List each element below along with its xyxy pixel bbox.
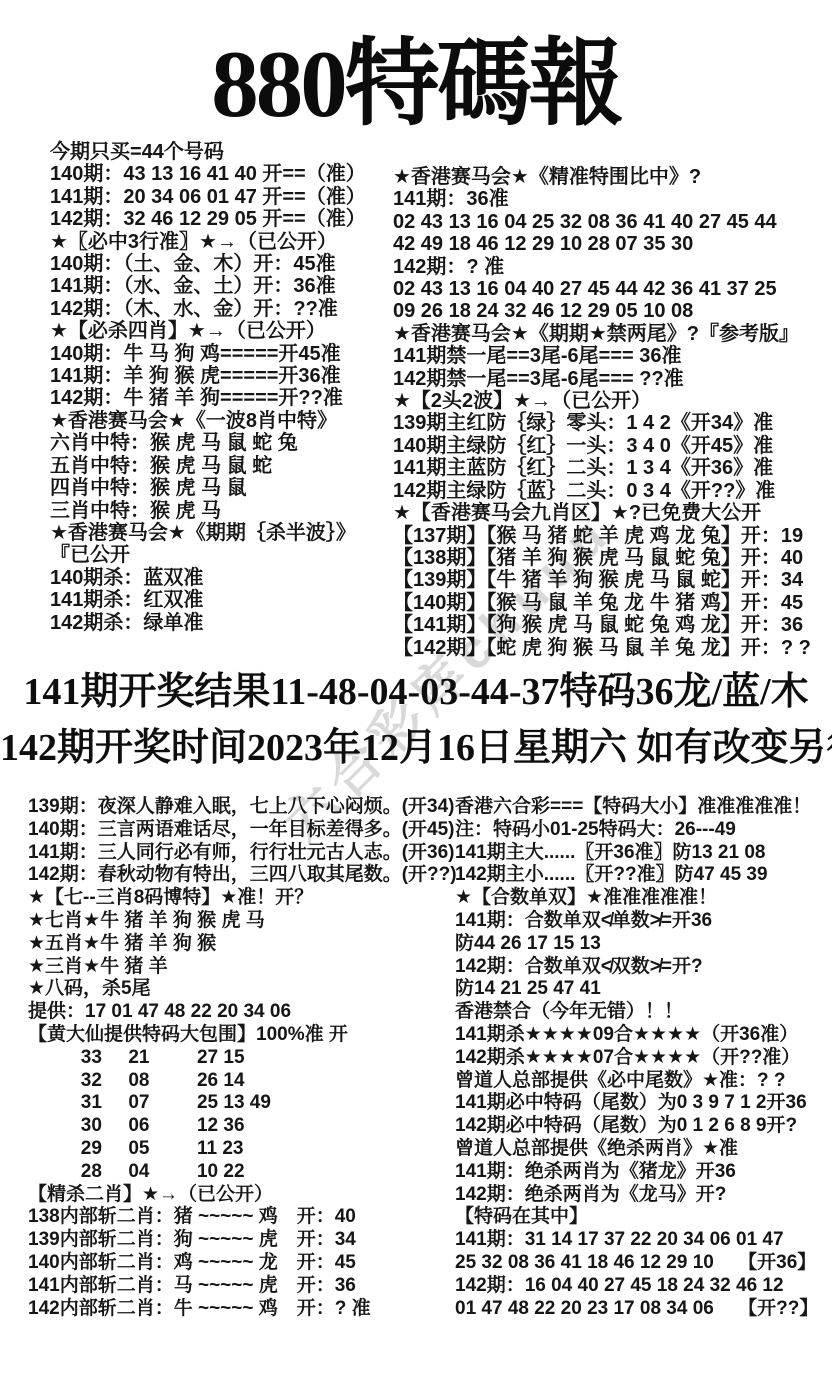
text-line: 142期：（木、水、金）开：??准 (50, 298, 395, 320)
text-line: ★【必杀四肖】★→（已公开） (50, 320, 395, 342)
text-line: 防44 26 17 15 13 (455, 933, 832, 956)
text-line: 141期：31 14 17 37 22 20 34 06 01 47 (455, 1229, 832, 1252)
text-line: ★【2头2波】★→（已公开） (393, 390, 832, 412)
text-line: ★五肖★牛 猪 羊 狗 猴 (28, 933, 455, 956)
text-line: 01 47 48 22 20 23 17 08 34 06 【开??】 (455, 1298, 832, 1321)
text-line: 141期：绝杀两肖为《猪龙》开36 (455, 1161, 832, 1184)
text-line: 『已公开 (50, 544, 395, 566)
text-line: 141期：三人同行必有师，行行壮元古人志。(开36) (28, 842, 455, 865)
text-line: 42 49 18 46 12 29 10 28 07 35 30 (393, 233, 832, 255)
text-line: 141期禁一尾==3尾-6尾=== 36准 (393, 345, 832, 367)
text-line: 142期禁一尾==3尾-6尾=== ??准 (393, 368, 832, 390)
text-line: 142期：32 46 12 29 05 开==（准） (50, 208, 395, 230)
top-right-column: ★香港赛马会★《精准特围比中》?141期：36准02 43 13 16 04 2… (393, 166, 832, 659)
text-line: 142期必中特码（尾数）为0 1 2 6 8 9开? (455, 1115, 832, 1138)
text-line: 25 32 08 36 41 18 46 12 29 10 【开36】 (455, 1252, 832, 1275)
text-line: 香港禁合（今年无错）！！ (455, 1001, 832, 1024)
text-line: 141期：20 34 06 01 47 开==（准） (50, 186, 395, 208)
text-line: 142期杀★★★★07合★★★★（开??准） (455, 1047, 832, 1070)
text-line: 142期主小......〖开??准〗防47 45 39 (455, 864, 832, 887)
text-line: ★香港赛马会★《精准特围比中》? (393, 166, 832, 188)
text-line: 140期：牛 马 狗 鸡=====开45准 (50, 343, 395, 365)
text-line: 140期：三言两语难话尽，一年目标差得多。(开45) (28, 819, 455, 842)
text-line: 142期：16 04 40 27 45 18 24 32 46 12 (455, 1275, 832, 1298)
text-line: 140期：43 13 16 41 40 开==（准） (50, 163, 395, 185)
result-banner: 141期开奖结果11-48-04-03-44-37特码36龙/蓝/木 142期开… (0, 664, 832, 776)
text-line: 142期：春秋动物有特出，三四八取其尾数。(开??) (28, 864, 455, 887)
text-line: 33 21 27 15 (28, 1047, 455, 1070)
text-line: 141期主大......〖开36准〗防13 21 08 (455, 842, 832, 865)
text-line: ★〖必中3行准〗★→（已公开） (50, 231, 395, 253)
text-line: 曾道人总部提供《绝杀两肖》★准 (455, 1138, 832, 1161)
text-line: 141期必中特码（尾数）为0 3 9 7 1 2开36 (455, 1092, 832, 1115)
text-line: ★七肖★牛 猪 羊 狗 猴 虎 马 (28, 910, 455, 933)
text-line: 142期：牛 猪 羊 狗=====开??准 (50, 387, 395, 409)
text-line: ★香港赛马会★《一波8肖中特》 (50, 410, 395, 432)
text-line: 141期：36准 (393, 188, 832, 210)
text-line: 32 08 26 14 (28, 1070, 455, 1093)
text-line: 139内部斩二肖：狗 ~~~~~ 虎 开：34 (28, 1229, 455, 1252)
text-line: 142期主绿防｛蓝｝二头：0 3 4《开??》准 (393, 480, 832, 502)
text-line: 142期：合数单双≮双数≯=开? (455, 956, 832, 979)
text-line: ★【七--三肖8码博特】★准！开？ (28, 887, 455, 910)
text-line: 142期：? 准 (393, 256, 832, 278)
text-line: ★香港赛马会★《期期｛杀半波｝》 (50, 522, 395, 544)
text-line: 【142期】【蛇 虎 狗 猴 马 鼠 羊 兔 龙】开：? ? (393, 637, 832, 659)
text-line: 四肖中特：猴 虎 马 鼠 (50, 477, 395, 499)
text-line: 141期：（水、金、土）开：36准 (50, 275, 395, 297)
page-title: 880特碼報 (0, 8, 832, 144)
text-line: 29 05 11 23 (28, 1138, 455, 1161)
text-line: 【黄大仙提供特码大包围】100%准 开 (28, 1024, 455, 1047)
text-line: 28 04 10 22 (28, 1161, 455, 1184)
text-line: 【特码在其中】 (455, 1206, 832, 1229)
text-line: 防14 21 25 47 41 (455, 978, 832, 1001)
text-line: 142内部斩二肖：牛 ~~~~~ 鸡 开：? 准 (28, 1298, 455, 1321)
text-line: ★香港赛马会★《期期★禁两尾》?『参考版』 (393, 323, 832, 345)
text-line: 今期只买=44个号码 (50, 141, 395, 163)
text-line: 【138期】【猪 羊 狗 猴 虎 马 鼠 蛇 兔】开：40 (393, 547, 832, 569)
text-line: 140内部斩二肖：鸡 ~~~~~ 龙 开：45 (28, 1252, 455, 1275)
text-line: 【139期】【牛 猪 羊 狗 猴 虎 马 鼠 蛇】开：34 (393, 569, 832, 591)
top-left-column: 今期只买=44个号码140期：43 13 16 41 40 开==（准）141期… (50, 141, 395, 634)
text-line: 141期杀★★★★09合★★★★（开36准） (455, 1024, 832, 1047)
text-line: 141期主蓝防｛红｝二头：1 3 4《开36》准 (393, 457, 832, 479)
text-line: 提供：17 01 47 48 22 20 34 06 (28, 1001, 455, 1024)
text-line: 141期：合数单双≮单数≯=开36 (455, 910, 832, 933)
text-line: 31 07 25 13 49 (28, 1092, 455, 1115)
text-line: ★【合数单双】★准准准准准！ (455, 887, 832, 910)
text-line: 三肖中特：猴 虎 马 (50, 500, 395, 522)
text-line: 142期：绝杀两肖为《龙马》开? (455, 1184, 832, 1207)
text-line: 【141期】【狗 猴 虎 马 鼠 蛇 兔 鸡 龙】开：36 (393, 614, 832, 636)
text-line: 【137期】【猴 马 猪 蛇 羊 虎 鸡 龙 兔】开：19 (393, 525, 832, 547)
text-line: 02 43 13 16 04 25 32 08 36 41 40 27 45 4… (393, 211, 832, 233)
text-line: 香港六合彩===【特码大小】准准准准准！ (455, 796, 832, 819)
text-line: 140期：（土、金、木）开：45准 (50, 253, 395, 275)
result-banner-line1: 141期开奖结果11-48-04-03-44-37特码36龙/蓝/木 (0, 664, 832, 720)
text-line: 141内部斩二肖：马 ~~~~~ 虎 开：36 (28, 1275, 455, 1298)
text-line: 139期主红防｛绿｝零头：1 4 2《开34》准 (393, 412, 832, 434)
bottom-left-column: 139期：夜深人静难入眠，七上八下心闷烦。(开34)140期：三言两语难话尽，一… (28, 796, 455, 1320)
bottom-right-column: 香港六合彩===【特码大小】准准准准准！注：特码小01-25特码大：26---4… (455, 796, 832, 1320)
text-line: 138内部斩二肖：猪 ~~~~~ 鸡 开：40 (28, 1206, 455, 1229)
text-line: 30 06 12 36 (28, 1115, 455, 1138)
text-line: 【140期】【猴 马 鼠 羊 兔 龙 牛 猪 鸡】开：45 (393, 592, 832, 614)
text-line: 140期杀：蓝双准 (50, 567, 395, 589)
text-line: ★八码，杀5尾 (28, 978, 455, 1001)
text-line: 09 26 18 24 32 46 12 29 05 10 08 (393, 300, 832, 322)
newspaper-page: 六合彩库chuuu 880特碼報 今期只买=44个号码140期：43 13 16… (0, 0, 832, 1388)
text-line: 142期杀：绿单准 (50, 612, 395, 634)
text-line: 六肖中特：猴 虎 马 鼠 蛇 兔 (50, 432, 395, 454)
text-line: 02 43 13 16 04 40 27 45 44 42 36 41 37 2… (393, 278, 832, 300)
text-line: 【精杀二肖】★→（已公开） (28, 1184, 455, 1207)
text-line: 曾道人总部提供《必中尾数》★准：? ? (455, 1070, 832, 1093)
text-line: 五肖中特：猴 虎 马 鼠 蛇 (50, 455, 395, 477)
text-line: ★三肖★牛 猪 羊 (28, 956, 455, 979)
text-line: 141期杀：红双准 (50, 589, 395, 611)
result-banner-line2: 142期开奖时间2023年12月16日星期六 如有改变另行通知! (0, 720, 832, 776)
text-line: ★【香港赛马会九肖区】★?已免费大公开 (393, 502, 832, 524)
text-line: 140期主绿防｛红｝一头：3 4 0《开45》准 (393, 435, 832, 457)
text-line: 139期：夜深人静难入眠，七上八下心闷烦。(开34) (28, 796, 455, 819)
text-line: 141期：羊 狗 猴 虎=====开36准 (50, 365, 395, 387)
text-line: 注：特码小01-25特码大：26---49 (455, 819, 832, 842)
